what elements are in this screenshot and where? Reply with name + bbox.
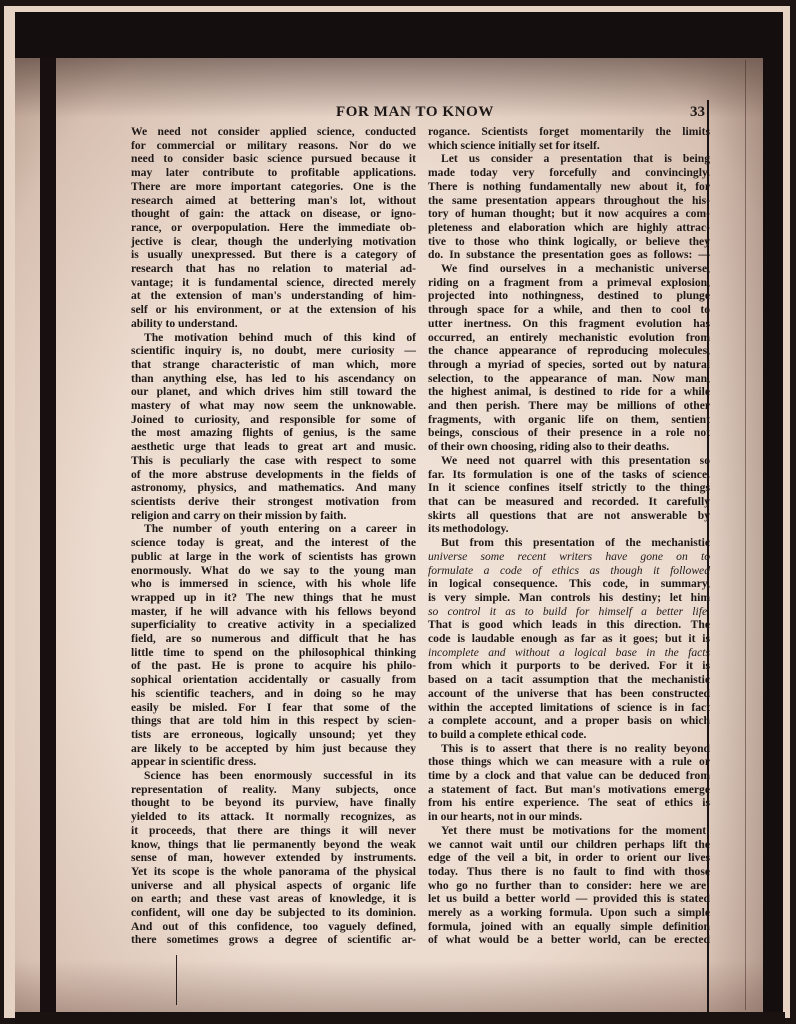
vertical-rule-stub bbox=[176, 955, 177, 1005]
text-line: within the accepted limitations of scien… bbox=[428, 701, 710, 715]
text-line: This is peculiarly the case with respect… bbox=[131, 454, 416, 468]
text-line: in our hearts, not in our minds. bbox=[428, 810, 710, 824]
text-line: little time to spend on the philosophica… bbox=[131, 646, 416, 660]
text-line: edge of the veil a bit, in order to orie… bbox=[428, 851, 710, 865]
text-line: of the past. He is prone to acquire his … bbox=[131, 659, 416, 673]
text-line: so control it as to build for himself a … bbox=[428, 605, 710, 619]
text-line: science today is great, and the interest… bbox=[131, 536, 416, 550]
text-line: thought to be beyond its purview, have f… bbox=[131, 796, 416, 810]
text-line: wrapped up in it? The new things that he… bbox=[131, 591, 416, 605]
text-line: skirts all questions that are not answer… bbox=[428, 509, 710, 523]
text-line: Science has been enormously successful i… bbox=[131, 769, 416, 783]
text-line: need to consider basic science pursued b… bbox=[131, 152, 416, 166]
text-line: religion and carry on their mission by f… bbox=[131, 509, 416, 523]
text-line: the most amazing flights of genius, is t… bbox=[131, 426, 416, 440]
text-line: selection, to the appearance of man. Now… bbox=[428, 372, 710, 386]
binding-spine-bar bbox=[40, 58, 56, 1012]
text-line: public at large in the work of scientist… bbox=[131, 550, 416, 564]
text-line: a complete account, and a proper basis o… bbox=[428, 714, 710, 728]
text-line: to build a complete ethical code. bbox=[428, 728, 710, 742]
text-line: master, if he will advance with his fell… bbox=[131, 605, 416, 619]
text-line: the same presentation appears throughout… bbox=[428, 194, 710, 208]
text-line: pleteness and elaboration which are high… bbox=[428, 221, 710, 235]
text-line: jective is clear, though the underlying … bbox=[131, 235, 416, 249]
text-line: universe and all physical aspects of org… bbox=[131, 879, 416, 893]
page-shadow-bottom bbox=[15, 960, 763, 1012]
text-line: of what would be a better world, can be … bbox=[428, 933, 710, 947]
text-line: the chance appearance of reproducing mol… bbox=[428, 344, 710, 358]
text-line: rance, or overpopulation. Here the immed… bbox=[131, 221, 416, 235]
text-line: is very simple. Man controls his destiny… bbox=[428, 591, 710, 605]
text-line: ability to understand. bbox=[131, 317, 416, 331]
text-line: things that are told him in this respect… bbox=[131, 714, 416, 728]
text-line: scientists derive their strongest motiva… bbox=[131, 495, 416, 509]
text-line: utter inertness. On this fragment evolut… bbox=[428, 317, 710, 331]
text-line: that can be measured and recorded. It ca… bbox=[428, 495, 710, 509]
text-line: That is good which leads in this directi… bbox=[428, 618, 710, 632]
text-line: thought of gain: the attack on disease, … bbox=[131, 207, 416, 221]
text-line: today. Thus there is no fault to find wi… bbox=[428, 865, 710, 879]
text-line: we cannot wait until our children perhap… bbox=[428, 838, 710, 852]
text-line: it proceeds, that there are things it wi… bbox=[131, 824, 416, 838]
text-line: And out of this confidence, too vaguely … bbox=[131, 920, 416, 934]
text-line: for commercial or military reasons. Nor … bbox=[131, 139, 416, 153]
text-line: riding on a fragment from a primeval exp… bbox=[428, 276, 710, 290]
text-line: enormously. What do we say to the young … bbox=[131, 564, 416, 578]
text-line: from which it purports to be derived. Fo… bbox=[428, 659, 710, 673]
text-line: there sometimes grows a degree of scient… bbox=[131, 933, 416, 947]
text-line: self or his environment, or at the exten… bbox=[131, 303, 416, 317]
text-line: In it science confines itself strictly t… bbox=[428, 481, 710, 495]
text-line: This is to assert that there is no reali… bbox=[428, 742, 710, 756]
text-line: through a myriad of species, sorted out … bbox=[428, 358, 710, 372]
dark-frame-top bbox=[15, 12, 777, 62]
text-line: fragments, with organic life on them, se… bbox=[428, 413, 710, 427]
text-line: mastery of what may now seem the unknowa… bbox=[131, 399, 416, 413]
text-line: far. Its formulation is one of the tasks… bbox=[428, 468, 710, 482]
text-line: code is laudable enough as far as it goe… bbox=[428, 632, 710, 646]
text-line: in logical consequence. This code, in su… bbox=[428, 577, 710, 591]
text-line: may later contribute to profitable appli… bbox=[131, 166, 416, 180]
text-line: tive to those who think logically, or be… bbox=[428, 235, 710, 249]
text-line: astronomy, physics, and mathematics. And… bbox=[131, 481, 416, 495]
text-line: are likely to be accepted by him just be… bbox=[131, 742, 416, 756]
text-line: who go no further than to consider: here… bbox=[428, 879, 710, 893]
text-line: than anything else, has led to his ascen… bbox=[131, 372, 416, 386]
text-line: rogance. Scientists forget momentarily t… bbox=[428, 125, 710, 139]
dark-frame-bottom bbox=[15, 1012, 785, 1024]
text-line: its methodology. bbox=[428, 522, 710, 536]
text-line: We need not quarrel with this presentati… bbox=[428, 454, 710, 468]
text-line: appear in scientific dress. bbox=[131, 755, 416, 769]
text-line: of their own choosing, riding also to th… bbox=[428, 440, 710, 454]
vertical-rule-faint bbox=[745, 60, 746, 1010]
page-number: 33 bbox=[690, 104, 705, 121]
text-line: research that has no relation to materia… bbox=[131, 262, 416, 276]
text-line: those things which we can measure with a… bbox=[428, 755, 710, 769]
running-head: FOR MAN TO KNOW bbox=[120, 104, 710, 124]
text-line: sophical orientation accidentally or cas… bbox=[131, 673, 416, 687]
text-line: We need not consider applied science, co… bbox=[131, 125, 416, 139]
text-line: tists are erroneous, logically unsound; … bbox=[131, 728, 416, 742]
text-line: his scientific teachers, and in doing so… bbox=[131, 687, 416, 701]
text-line: that strange characteristic of man which… bbox=[131, 358, 416, 372]
text-line: vantage; it is fundamental science, dire… bbox=[131, 276, 416, 290]
text-line: and then perish. There may be millions o… bbox=[428, 399, 710, 413]
text-line: a statement of fact. But man's motivatio… bbox=[428, 783, 710, 797]
text-line: Yet its scope is the whole panorama of t… bbox=[131, 865, 416, 879]
text-line: We find ourselves in a mechanistic unive… bbox=[428, 262, 710, 276]
text-line: sense of man, however extended by instru… bbox=[131, 851, 416, 865]
text-line: superficiality to creative activity in a… bbox=[131, 618, 416, 632]
text-line: made today very forcefully and convincin… bbox=[428, 166, 710, 180]
text-line: projected into nothingness, destined to … bbox=[428, 289, 710, 303]
text-line: The number of youth entering on a career… bbox=[131, 522, 416, 536]
text-line: which science initially set for itself. bbox=[428, 139, 710, 153]
text-line: incomplete and without a logical base in… bbox=[428, 646, 710, 660]
text-line: scientific inquiry is, no doubt, mere cu… bbox=[131, 344, 416, 358]
text-line: is usually unexpressed. But there is a c… bbox=[131, 248, 416, 262]
text-line: There are more important categories. One… bbox=[131, 180, 416, 194]
text-line: field, are so numerous and difficult tha… bbox=[131, 632, 416, 646]
text-line: who is immersed in science, with his who… bbox=[131, 577, 416, 591]
text-line: Yet there must be motivations for the mo… bbox=[428, 824, 710, 838]
text-line: beings, conscious of their presence in a… bbox=[428, 426, 710, 440]
text-line: Let us consider a presentation that is b… bbox=[428, 152, 710, 166]
dark-frame-right bbox=[763, 12, 783, 1014]
text-line: The motivation behind much of this kind … bbox=[131, 331, 416, 345]
text-line: on earth; and these vast areas of knowle… bbox=[131, 892, 416, 906]
text-line: confident, will one day be subjected to … bbox=[131, 906, 416, 920]
text-line: of the more abstruse developments in the… bbox=[131, 468, 416, 482]
text-line: let us build a better world — provided t… bbox=[428, 892, 710, 906]
text-line: do. In substance the presentation goes a… bbox=[428, 248, 710, 262]
text-line: at the extension of man's understanding … bbox=[131, 289, 416, 303]
text-line: through space for a while, and then to c… bbox=[428, 303, 710, 317]
text-line: the highest animal, is destined to ride … bbox=[428, 385, 710, 399]
text-line: our planet, and which drives him still t… bbox=[131, 385, 416, 399]
text-line: easily be misled. For I fear that some o… bbox=[131, 701, 416, 715]
text-line: But from this presentation of the mechan… bbox=[428, 536, 710, 550]
text-line: tory of human thought; but it now acquir… bbox=[428, 207, 710, 221]
text-line: yielded to its attack. It normally recog… bbox=[131, 810, 416, 824]
text-line: formulate a code of ethics as though it … bbox=[428, 564, 710, 578]
text-line: time by a clock and that value can be de… bbox=[428, 769, 710, 783]
text-line: There is nothing fundamentally new about… bbox=[428, 180, 710, 194]
text-line: from his entire experience. The seat of … bbox=[428, 796, 710, 810]
text-line: merely as a working formula. Upon such a… bbox=[428, 906, 710, 920]
text-line: formula, joined with an equally simple d… bbox=[428, 920, 710, 934]
text-line: research aimed at bettering man's lot, w… bbox=[131, 194, 416, 208]
text-line: representation of reality. Many subjects… bbox=[131, 783, 416, 797]
text-line: occurred, an entirely mechanistic evolut… bbox=[428, 331, 710, 345]
text-line: account of the universe that has been co… bbox=[428, 687, 710, 701]
right-text-column: rogance. Scientists forget momentarily t… bbox=[428, 125, 710, 947]
text-line: based on a tacit assumption that the mec… bbox=[428, 673, 710, 687]
text-line: know, things that lie permanently beyond… bbox=[131, 838, 416, 852]
text-line: aesthetic urge that leads to great art a… bbox=[131, 440, 416, 454]
text-line: universe some recent writers have gone o… bbox=[428, 550, 710, 564]
text-line: Joined to curiosity, and responsible for… bbox=[131, 413, 416, 427]
left-text-column: We need not consider applied science, co… bbox=[131, 125, 416, 947]
